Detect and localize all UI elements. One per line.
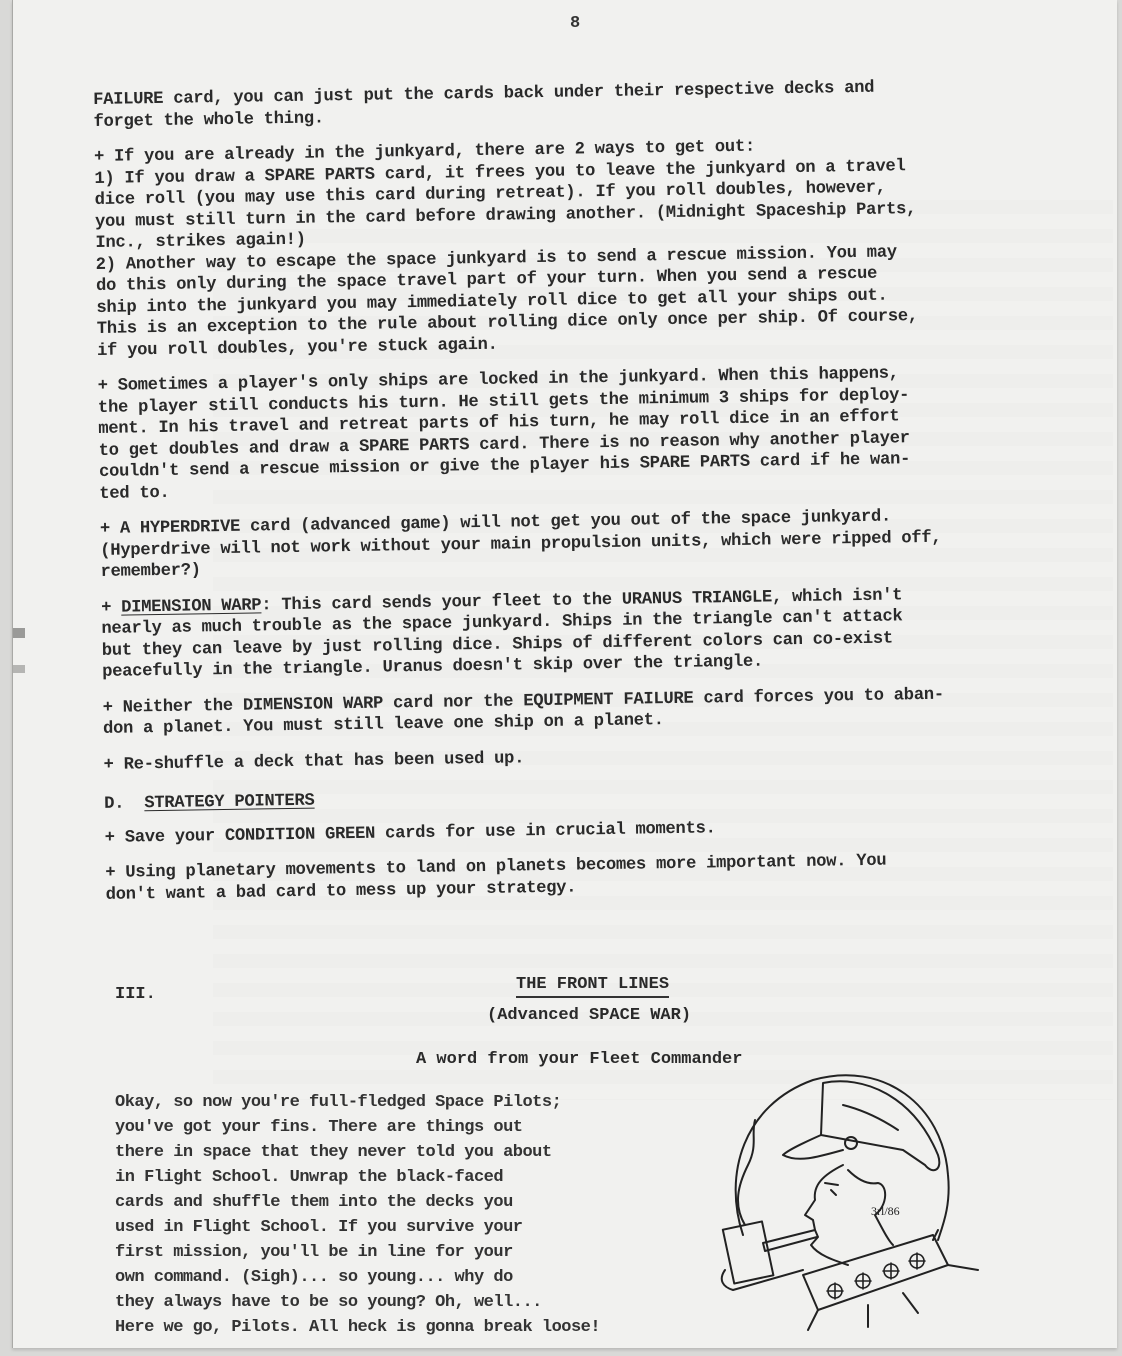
document-page: 8 FAILURE card, you can just put the car…	[12, 0, 1117, 1348]
strategy-item: + Save your CONDITION GREEN cards for us…	[105, 812, 1065, 849]
artist-signature: 3rl/86	[871, 1204, 900, 1218]
strategy-title: STRATEGY POINTERS	[144, 792, 315, 814]
pipe-icon	[763, 1230, 817, 1251]
cap-icon	[821, 1081, 939, 1170]
margin-mark	[13, 665, 25, 673]
strategy-item: + Using planetary movements to land on p…	[105, 848, 1066, 906]
margin-mark	[13, 628, 25, 638]
face-icon	[805, 1165, 848, 1265]
dimension-warp-label: DIMENSION WARP	[121, 596, 261, 617]
dimension-warp-paragraph: + DIMENSION WARP: This card sends your f…	[101, 582, 1062, 683]
section-subtitle: (Advanced SPACE WAR)	[487, 1006, 691, 1025]
section-title: THE FRONT LINES	[516, 975, 669, 998]
collar-icon	[803, 1235, 948, 1310]
paragraph: + Neither the DIMENSION WARP card nor th…	[103, 682, 1064, 740]
paragraph: + A HYPERDRIVE card (advanced game) will…	[100, 504, 1061, 584]
fleet-commander-illustration: 3rl/86	[703, 1065, 1003, 1335]
byline: A word from your Fleet Commander	[416, 1050, 742, 1069]
helmet-outline-icon	[736, 1075, 949, 1240]
strategy-letter: D.	[104, 795, 124, 814]
paragraph: FAILURE card, you can just put the cards…	[93, 75, 1054, 133]
page-number: 8	[570, 14, 580, 33]
paragraph: + Re-shuffle a deck that has been used u…	[103, 739, 1063, 776]
paragraph: + If you are already in the junkyard, th…	[94, 132, 1057, 362]
paragraph: + Sometimes a player's only ships are lo…	[97, 361, 1059, 505]
rank-stars	[827, 1253, 925, 1299]
rules-body: FAILURE card, you can just put the cards…	[93, 75, 1066, 920]
section-numeral: III.	[115, 985, 156, 1004]
strategy-heading: D. STRATEGY POINTERS	[104, 779, 1064, 816]
commander-letter: Okay, so now you're full-fledged Space P…	[115, 1090, 715, 1340]
